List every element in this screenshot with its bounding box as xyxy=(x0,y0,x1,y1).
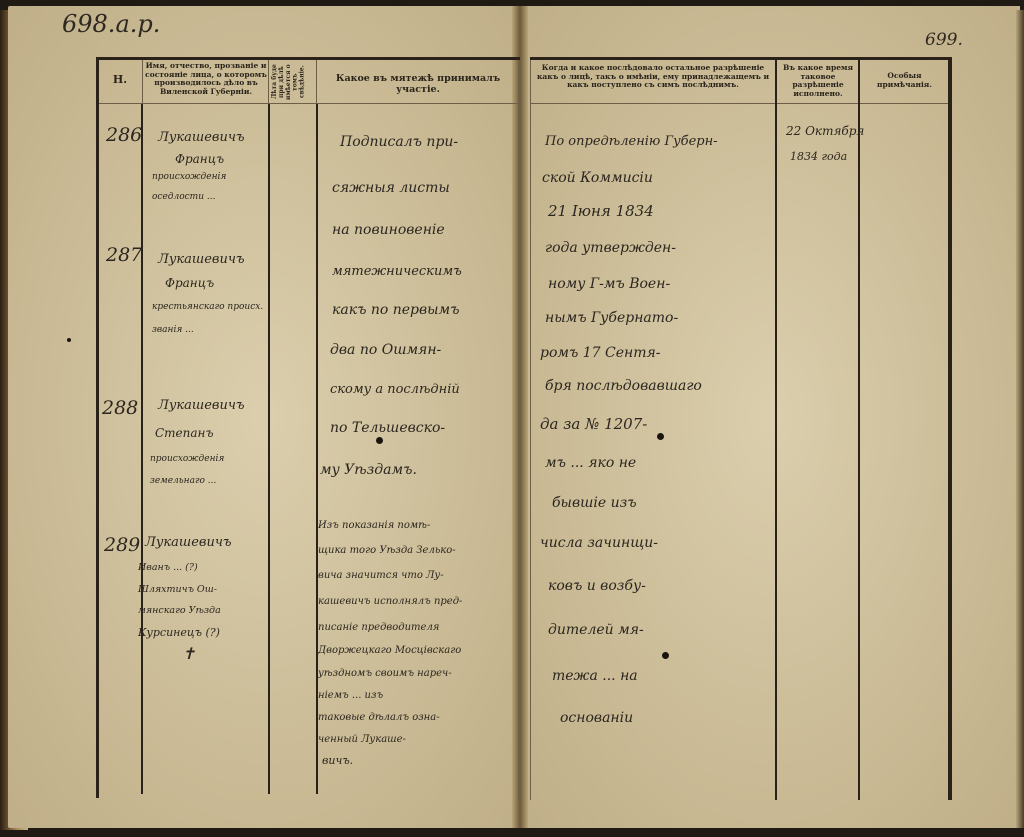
resolution-line: По опредѣленію Губерн- xyxy=(545,134,718,149)
resolution-line: года утвержден- xyxy=(545,240,676,256)
left-inner-rule xyxy=(518,60,519,800)
name-289-line: мянскаго Уѣзда xyxy=(138,605,221,616)
right-header-rule xyxy=(530,103,952,104)
participation-289-line: кашевичъ исполнялъ пред- xyxy=(318,596,462,607)
resolution-line: да за № 1207- xyxy=(540,415,647,433)
entry-number-289: 289 xyxy=(104,534,140,556)
name-287-line: званія ... xyxy=(152,325,194,335)
right-top-rule xyxy=(530,57,952,60)
participation-286-line: какъ по первымъ xyxy=(332,302,460,318)
participation-289-line: ніемъ ... изъ xyxy=(318,690,383,701)
resolution-line: ской Коммисіи xyxy=(542,170,653,186)
participation-286-line: скому а послѣдній xyxy=(330,382,460,397)
participation-289-line: вича значится что Лу- xyxy=(318,570,444,581)
resolution-line: бря послѣдовавшаго xyxy=(545,378,702,394)
right-outer-rule xyxy=(948,58,952,800)
header-resolution: Когда и какое послѣдовало остальное разр… xyxy=(533,64,773,90)
rule-res-exec xyxy=(775,60,777,800)
participation-289-line: щика того Уѣзда Зелько- xyxy=(318,545,456,556)
name-289-line: Шляхтичъ Ош- xyxy=(138,584,217,595)
name-286-line: Лукашевичъ xyxy=(158,130,245,145)
participation-289-line: писаніе предводителя xyxy=(318,622,439,633)
rule-num-name xyxy=(141,104,143,794)
resolution-line: ромъ 17 Сентя- xyxy=(540,345,661,361)
name-286-line: происхожденія xyxy=(152,172,226,182)
name-287-line: Францъ xyxy=(165,276,214,290)
name-286-line: оседлости ... xyxy=(152,192,215,202)
participation-289-line: ченный Лукаше- xyxy=(318,734,406,745)
participation-286-line: два по Ошмян- xyxy=(330,342,441,358)
executed-line: 22 Октября xyxy=(786,124,864,138)
name-286-line: Францъ xyxy=(175,152,224,166)
participation-286-line: мятежническимъ xyxy=(332,264,462,279)
name-288-line: земельнаго ... xyxy=(150,476,216,486)
participation-286-line: по Тельшевско- xyxy=(330,420,445,436)
left-outer-rule xyxy=(96,58,99,798)
name-288-line: Лукашевичъ xyxy=(158,398,245,413)
header-name: Имя, отчество, прозваніе и состояніе лиц… xyxy=(145,62,267,97)
participation-289-line: Дворжецкаго Мосцівскаго xyxy=(318,645,461,656)
entry-number-287: 287 xyxy=(106,244,142,266)
left-top-rule xyxy=(96,57,520,60)
paper-hole xyxy=(67,338,71,342)
entry-number-286: 286 xyxy=(106,124,142,146)
resolution-line: основаніи xyxy=(560,710,633,726)
resolution-line: дителей мя- xyxy=(548,622,644,638)
paper-hole xyxy=(376,437,383,444)
resolution-line: тежа ... на xyxy=(552,668,638,684)
header-executed: Въ какое время таковое разрѣшеніе исполн… xyxy=(779,64,857,99)
participation-289-line: Изъ показанія помѣ- xyxy=(318,520,430,531)
participation-289-line: таковые дѣлалъ озна- xyxy=(318,712,440,723)
left-folio: 698.a.p. xyxy=(62,10,160,38)
right-folio: 699. xyxy=(925,30,963,50)
hdr-rule-3 xyxy=(316,60,317,104)
header-number: Н. xyxy=(100,74,140,87)
name-288-line: Степанъ xyxy=(155,426,213,440)
participation-286-line: на повиновеніе xyxy=(332,222,445,238)
resolution-line: ному Г-мъ Воен- xyxy=(548,276,670,292)
resolution-line: мъ ... яко не xyxy=(545,455,636,471)
resolution-line: числа зачинщи- xyxy=(540,535,658,551)
name-289-line: Курсинецъ (?) xyxy=(138,626,220,639)
resolution-line: бывшіе изъ xyxy=(552,495,637,511)
participation-286-line: сяжныя листы xyxy=(332,180,450,196)
header-notes: Особыя примѣчанія. xyxy=(862,72,947,89)
rule-name-age xyxy=(268,104,270,794)
resolution-line: ковъ и возбу- xyxy=(548,578,646,594)
participation-286-line: му Уѣздамъ. xyxy=(320,462,417,478)
name-288-line: происхожденія xyxy=(150,454,224,464)
book-spread: 698.a.p. 699. Н. Имя, отчество, прозвані… xyxy=(0,0,1024,837)
left-header-rule xyxy=(96,103,520,104)
hdr-rule-1 xyxy=(142,60,143,104)
header-age: Лѣта буде при дѣлѣ имѣется о томъ свѣдѣн… xyxy=(272,61,312,103)
book-edge-right xyxy=(1016,10,1024,828)
paper-hole xyxy=(657,433,664,440)
left-page xyxy=(8,6,520,828)
participation-286-line: Подписалъ при- xyxy=(340,134,458,150)
executed-line: 1834 года xyxy=(790,150,847,163)
name-289-line: Иванъ ... (?) xyxy=(138,562,198,573)
hdr-rule-2 xyxy=(268,60,269,104)
cross-mark-icon: ✝ xyxy=(182,644,195,663)
participation-289-line: уѣздномъ своимъ нареч- xyxy=(318,668,452,679)
right-inner-rule xyxy=(530,60,531,800)
entry-number-288: 288 xyxy=(102,397,138,419)
rule-exec-notes xyxy=(858,60,860,800)
book-gutter xyxy=(512,6,528,828)
name-287-line: Лукашевичъ xyxy=(158,252,245,267)
resolution-line: 21 Іюня 1834 xyxy=(548,202,654,220)
paper-hole xyxy=(662,652,669,659)
name-289-line: Лукашевичъ xyxy=(145,535,232,550)
name-287-line: крестьянскаго происх. xyxy=(152,302,263,312)
participation-289-line: вичъ. xyxy=(322,754,353,767)
resolution-line: нымъ Губернато- xyxy=(545,310,678,326)
header-participation: Какое въ мятежѣ принималъ участіе. xyxy=(320,74,516,96)
